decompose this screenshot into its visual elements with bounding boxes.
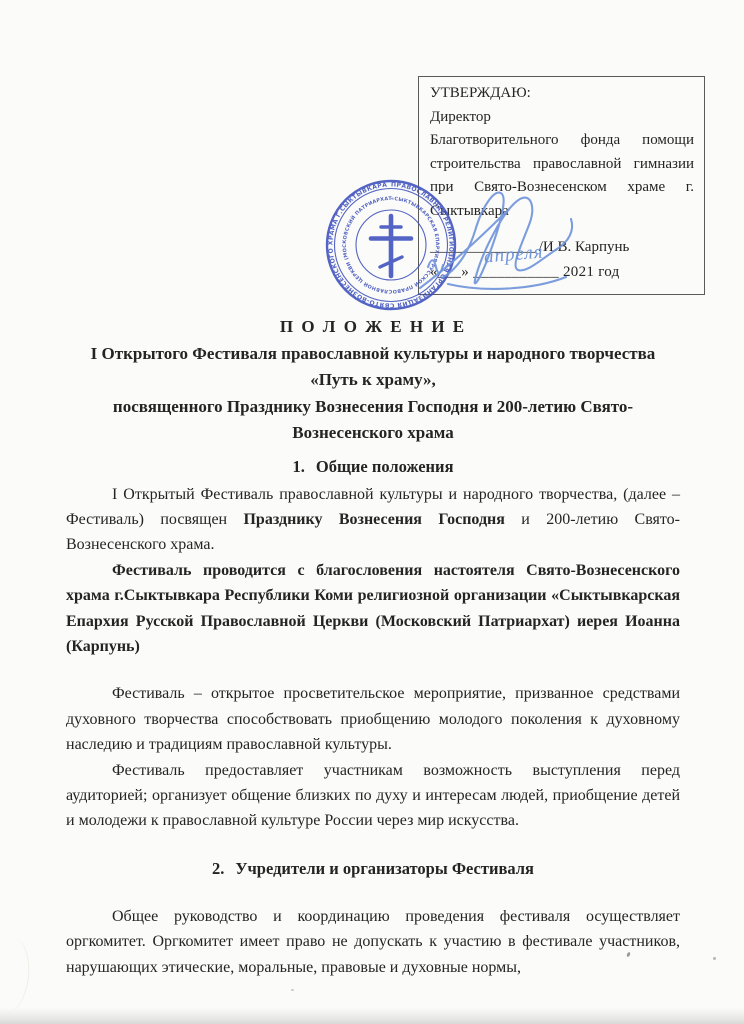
paragraph-1: I Открытый Фестиваль православной культу… bbox=[66, 482, 680, 558]
section-2-heading: 2.Учредители и организаторы Фестиваля bbox=[66, 856, 680, 882]
title-line-3: «Путь к храму», bbox=[66, 367, 680, 394]
title-line-4: посвященного Празднику Вознесения Господ… bbox=[66, 394, 680, 421]
document-title: П О Л О Ж Е Н И Е I Открытого Фестиваля … bbox=[66, 314, 680, 447]
approval-role: Директор bbox=[430, 106, 694, 130]
paragraph-1-bold: Празднику Вознесения Господня bbox=[243, 511, 504, 528]
paragraph-4: Фестиваль предоставляет участникам возмо… bbox=[66, 758, 680, 834]
document-body: П О Л О Ж Е Н И Е I Открытого Фестиваля … bbox=[66, 314, 680, 980]
paragraph-2: Фестиваль проводится с благословения нас… bbox=[66, 558, 680, 660]
approval-heading: УТВЕРЖДАЮ: bbox=[430, 82, 694, 106]
section-1-heading: 1.Общие положения bbox=[66, 454, 680, 480]
section-1-title: Общие положения bbox=[316, 457, 454, 476]
title-line-1: П О Л О Ж Е Н И Е bbox=[66, 314, 680, 341]
section-1-number: 1. bbox=[293, 457, 305, 476]
paragraph-5: Общее руководство и координацию проведен… bbox=[66, 904, 680, 980]
paper-crease bbox=[0, 934, 33, 1016]
orthodox-cross-icon bbox=[371, 216, 411, 276]
title-line-2: I Открытого Фестиваля православной культ… bbox=[66, 341, 680, 368]
handwritten-signature bbox=[408, 180, 626, 296]
scanned-document-page: УТВЕРЖДАЮ: Директор Благотворительного ф… bbox=[0, 0, 744, 1024]
title-line-5: Вознесенского храма bbox=[66, 420, 680, 447]
section-2-number: 2. bbox=[212, 859, 224, 878]
section-2-title: Учредители и организаторы Фестиваля bbox=[235, 859, 534, 878]
dust-speck bbox=[291, 989, 294, 991]
scan-edge-shadow bbox=[0, 1008, 744, 1024]
paragraph-3: Фестиваль – открытое просветительское ме… bbox=[66, 681, 680, 757]
dust-speck bbox=[713, 957, 716, 960]
